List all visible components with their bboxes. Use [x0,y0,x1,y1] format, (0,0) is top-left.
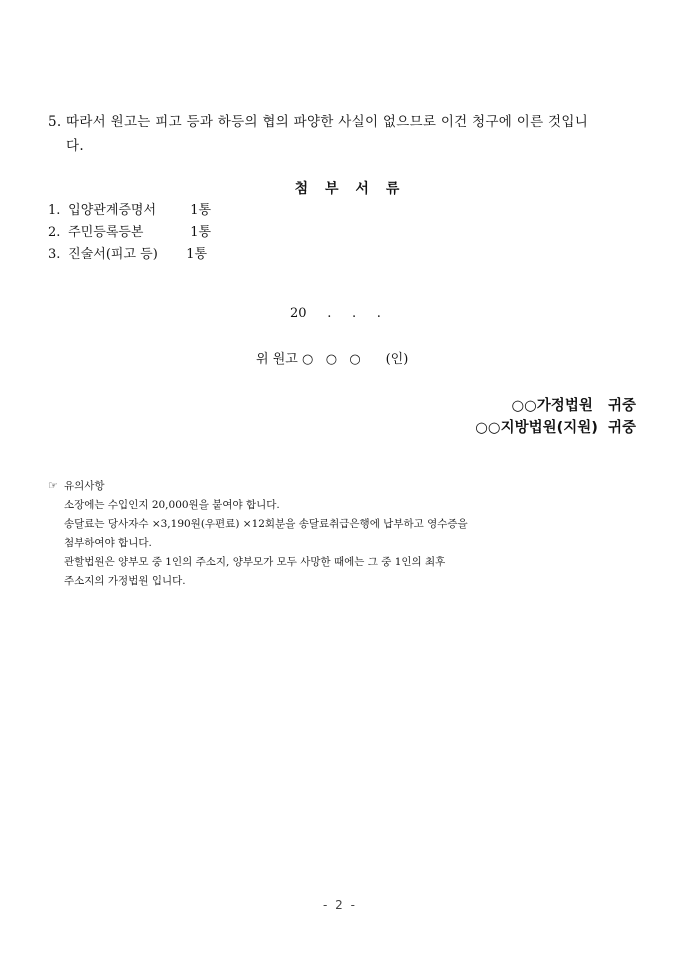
attachment-name: 주민등록등본 [68,222,186,244]
attachment-count: 1통 [190,222,211,244]
date-line: 20 . . . [290,306,381,321]
note-line: 소장에는 수입인지 20,000원을 붙여야 합니다. [64,496,548,515]
pointing-hand-icon: ☞ [48,476,64,495]
signature-line: 위 원고 ○ ○ ○ (인) [256,348,408,367]
page-number: - 2 - [0,898,680,912]
notes-heading: 유의사항 [64,480,105,492]
attachment-item: 1. 입양관계증명서 1통 [48,200,211,222]
seal-mark: (인) [386,352,409,367]
attachments-title: 첨 부 서 류 [0,178,680,198]
paragraph-5-line1: 5.따라서 원고는 피고 등과 하등의 협의 파양한 사실이 없으므로 이건 청… [48,110,638,134]
attachment-count: 1통 [186,244,207,266]
recipient-district-court: ○○지방법원(지원) 귀중 [475,416,636,437]
notes-header: ☞유의사항 [48,476,548,496]
note-line: 관할법원은 양부모 중 1인의 주소지, 양부모가 모두 사망한 때에는 그 중… [64,553,548,572]
paragraph-5-line2: 다. [48,134,638,158]
attachment-name: 진술서(피고 등) [68,244,182,266]
plaintiff-label: 위 원고 [256,352,298,367]
attachment-item: 3. 진술서(피고 등) 1통 [48,244,211,266]
attachment-number: 3. [48,244,64,266]
paragraph-5: 5.따라서 원고는 피고 등과 하등의 협의 파양한 사실이 없으므로 이건 청… [48,110,638,158]
notes-body: 소장에는 수입인지 20,000원을 붙여야 합니다. 송달료는 당사자수 ×3… [48,496,548,591]
note-line: 주소지의 가정법원 입니다. [64,572,548,591]
note-line: 송달료는 당사자수 ×3,190원(우편료) ×12회분을 송달료취급은행에 납… [64,515,548,534]
attachment-name: 입양관계증명서 [68,200,186,222]
attachment-count: 1통 [190,200,211,222]
notes-section: ☞유의사항 소장에는 수입인지 20,000원을 붙여야 합니다. 송달료는 당… [48,476,548,591]
recipient-family-court: ○○가정법원 귀중 [512,394,637,415]
attachments-list: 1. 입양관계증명서 1통 2. 주민등록등본 1통 3. 진술서(피고 등) … [48,200,211,266]
paragraph-text: 따라서 원고는 피고 등과 하등의 협의 파양한 사실이 없으므로 이건 청구에… [66,114,588,130]
attachment-number: 1. [48,200,64,222]
plaintiff-name-placeholder: ○ ○ ○ [302,352,361,367]
note-line: 첨부하여야 합니다. [64,534,548,553]
attachment-number: 2. [48,222,64,244]
paragraph-number: 5. [48,110,66,134]
attachment-item: 2. 주민등록등본 1통 [48,222,211,244]
